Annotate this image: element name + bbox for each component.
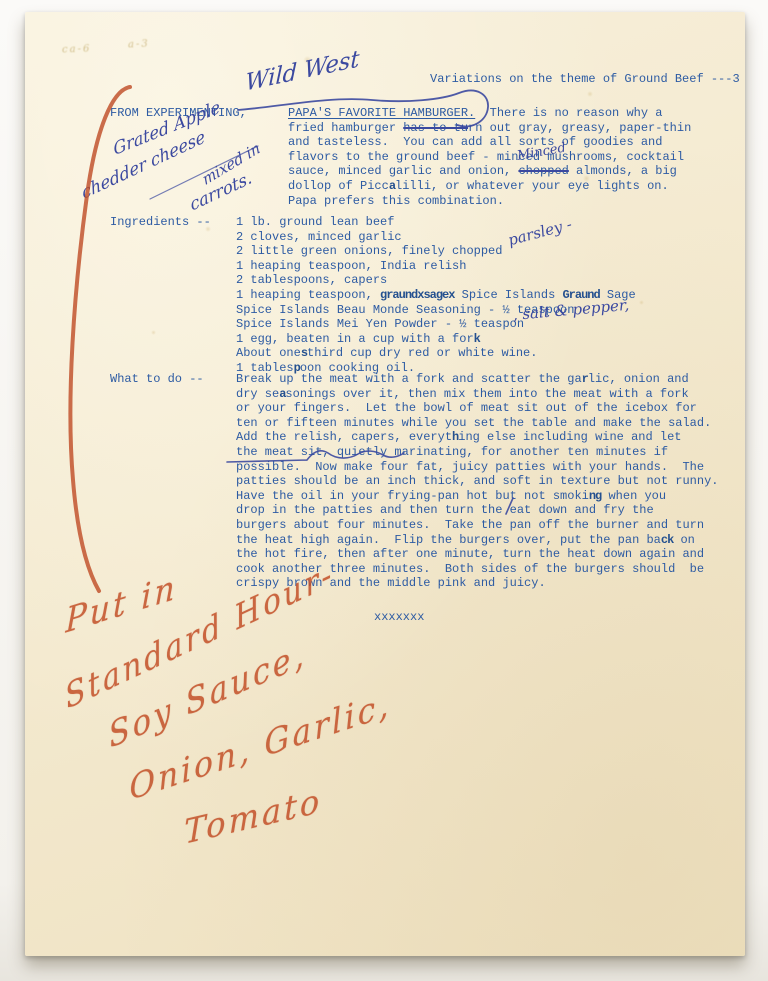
text-line: 1 egg, beaten in a cup with a fork [236,332,636,347]
text-line: or your fingers. Let the bowl of meat si… [236,401,718,416]
faint-pencil-mark: ca-6 [62,43,92,55]
text-line: ten or fifteen minutes while you set the… [236,416,718,431]
text-line: the hot fire, then after one minute, tur… [236,547,718,562]
text-line: fried hamburger has to turn out gray, gr… [288,121,691,136]
end-mark: xxxxxxx [374,610,424,625]
text-line: 2 cloves, minced garlic [236,230,636,245]
text-line: 2 tablespoons, capers [236,273,636,288]
text-line: the meat sit, quietly marinating, for an… [236,445,718,460]
text-line: patties should be an inch thick, and sof… [236,474,718,489]
ingredients-label: Ingredients -- [110,215,211,230]
text-line: Papa prefers this combination. [288,194,691,209]
text-line: and tasteless. You can add all sorts of … [288,135,691,150]
scanned-recipe-photo: ca-6 a-3 Variations on the theme of Grou… [0,0,768,981]
text-line: possible. Now make four fat, juicy patti… [236,460,718,475]
text-line: 1 heaping teaspoon, India relish [236,259,636,274]
text-line: PAPA'S FAVORITE HAMBURGER. There is no r… [288,106,691,121]
paper-stain [639,300,644,305]
text-line: drop in the patties and then turn the ea… [236,503,718,518]
text-line: the heat high again. Flip the burgers ov… [236,533,718,548]
text-line: dollop of Piccalilli, or whatever your e… [288,179,691,194]
text-line: Have the oil in your frying-pan hot but … [236,489,718,504]
text-line: flavors to the ground beef - minced mush… [288,150,691,165]
intro-paragraph: PAPA'S FAVORITE HAMBURGER. There is no r… [288,106,691,208]
text-line: burgers about four minutes. Take the pan… [236,518,718,533]
text-line: sauce, minced garlic and onion, chopped … [288,164,691,179]
text-line: Spice Islands Mei Yen Powder - ½ teaspon [236,317,636,332]
text-line: Add the relish, capers, everything else … [236,430,718,445]
text-line: Break up the meat with a fork and scatte… [236,372,718,387]
page-header: Variations on the theme of Ground Beef -… [430,72,740,87]
ingredient-list: 1 lb. ground lean beef2 cloves, minced g… [236,215,636,376]
text-line: dry seasonings over it, then mix them in… [236,387,718,402]
text-line: 1 lb. ground lean beef [236,215,636,230]
text-line: 2 little green onions, finely chopped [236,244,636,259]
what-to-do-label: What to do -- [110,372,204,387]
text-line: About onesthird cup dry red or white win… [236,346,636,361]
paper-stain [151,330,156,335]
directions-paragraph: Break up the meat with a fork and scatte… [236,372,718,591]
paper-stain [587,91,593,97]
faint-pencil-mark: a-3 [128,38,150,50]
